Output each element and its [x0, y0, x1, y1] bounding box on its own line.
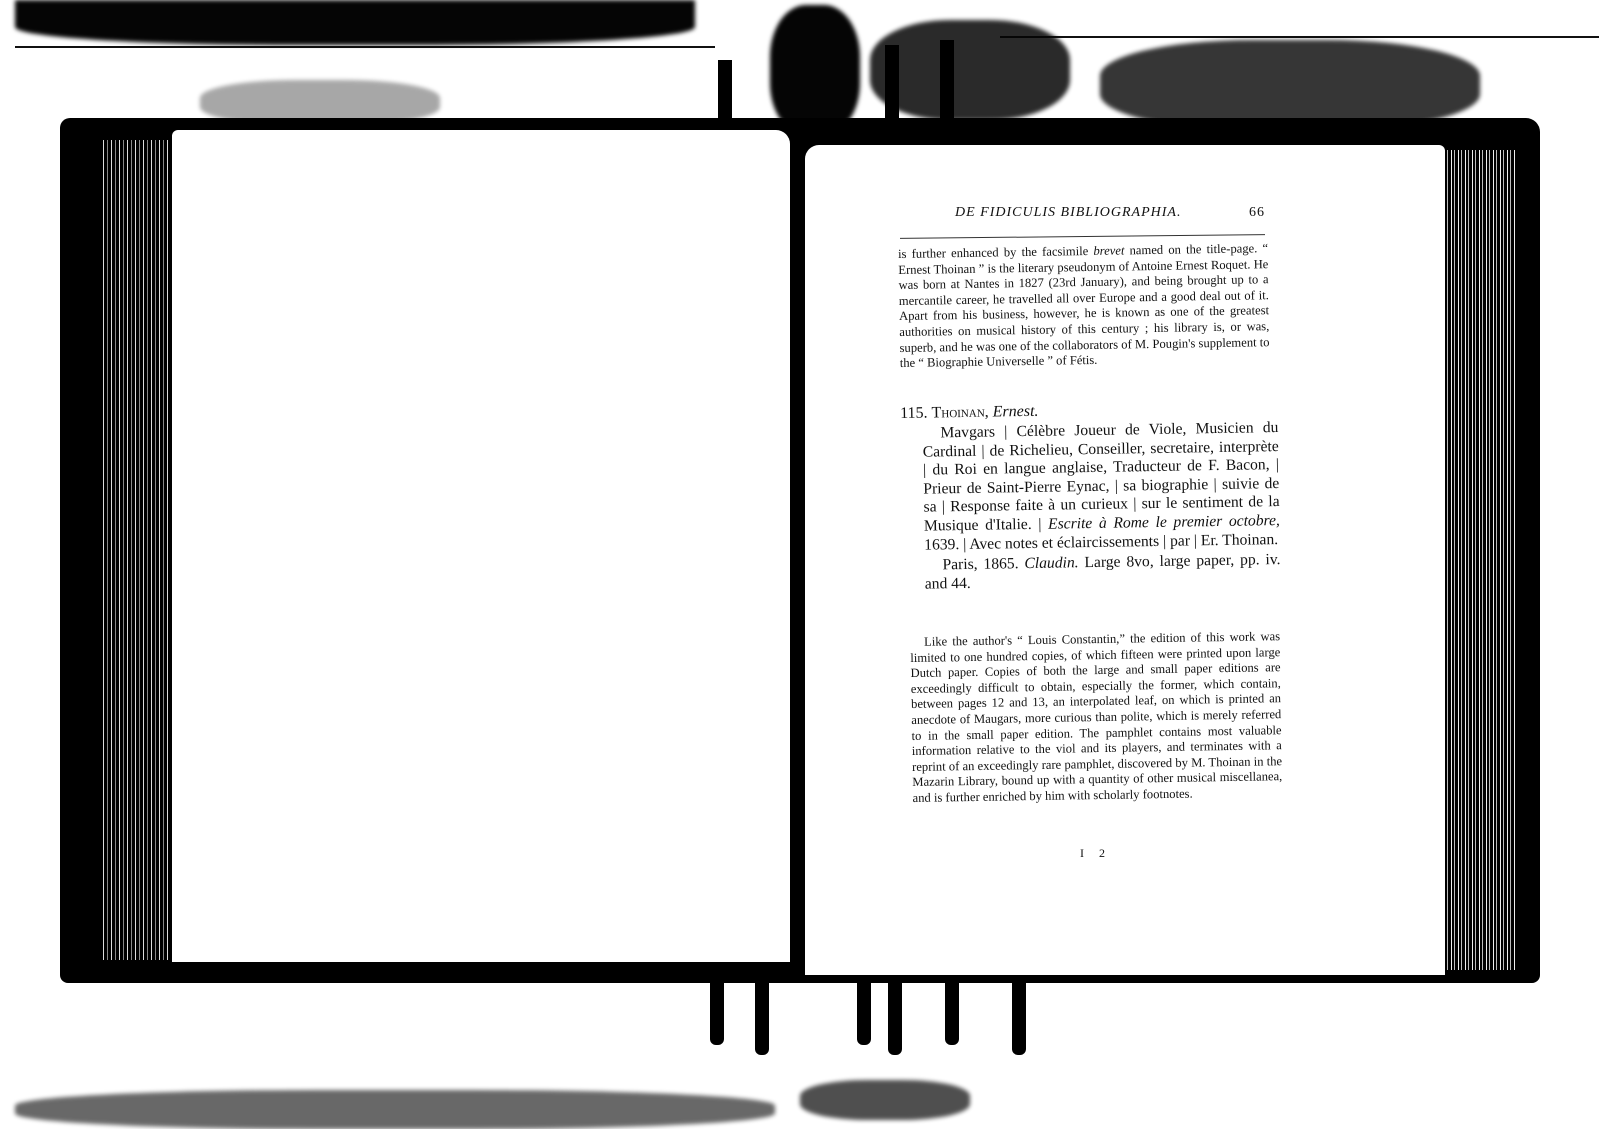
- ribbon-tab: [945, 975, 959, 1045]
- scan-blotch: [800, 1080, 970, 1120]
- page-number: 66: [1249, 205, 1265, 221]
- ribbon-tab: [1012, 975, 1026, 1055]
- entry-number: 115.: [900, 405, 928, 422]
- scan-blotch: [15, 1090, 775, 1129]
- entry-title: Mavgars | Célèbre Joueur de Viole, Music…: [900, 419, 1280, 555]
- italic-brevet: brevet: [1093, 243, 1124, 257]
- paragraph-biography: is further enhanced by the facsimile bre…: [898, 241, 1270, 372]
- scan-blotch: [1100, 40, 1480, 130]
- signature-mark: I 2: [1080, 846, 1111, 861]
- book-gutter: [793, 150, 801, 975]
- bibliography-entry: 115. Thoinan, Ernest. Mavgars | Célèbre …: [900, 399, 1281, 594]
- ribbon-tab: [710, 975, 724, 1045]
- right-page-edges: [1445, 150, 1515, 970]
- running-head-title: DE FIDICULIS BIBLIOGRAPHIA.: [955, 205, 1181, 221]
- ribbon-tab: [857, 975, 871, 1045]
- scan-blotch: [15, 0, 695, 45]
- ribbon-tab: [755, 975, 769, 1055]
- entry-imprint: Paris, 1865. Claudin. Large 8vo, large p…: [902, 551, 1281, 594]
- author-surname: Thoinan,: [931, 404, 988, 422]
- ribbon-tab: [888, 975, 902, 1055]
- left-page: [172, 130, 790, 962]
- scan-top-line-right: [1000, 36, 1599, 38]
- left-page-edges: [100, 140, 170, 960]
- paragraph-commentary: Like the author's “ Louis Constantin,” t…: [910, 629, 1283, 806]
- scan-blotch: [770, 5, 860, 135]
- running-head: DE FIDICULIS BIBLIOGRAPHIA. 66: [955, 205, 1265, 221]
- scan-top-line: [15, 46, 715, 48]
- author-forename: Ernest.: [993, 403, 1039, 421]
- scan-blotch: [870, 20, 1070, 120]
